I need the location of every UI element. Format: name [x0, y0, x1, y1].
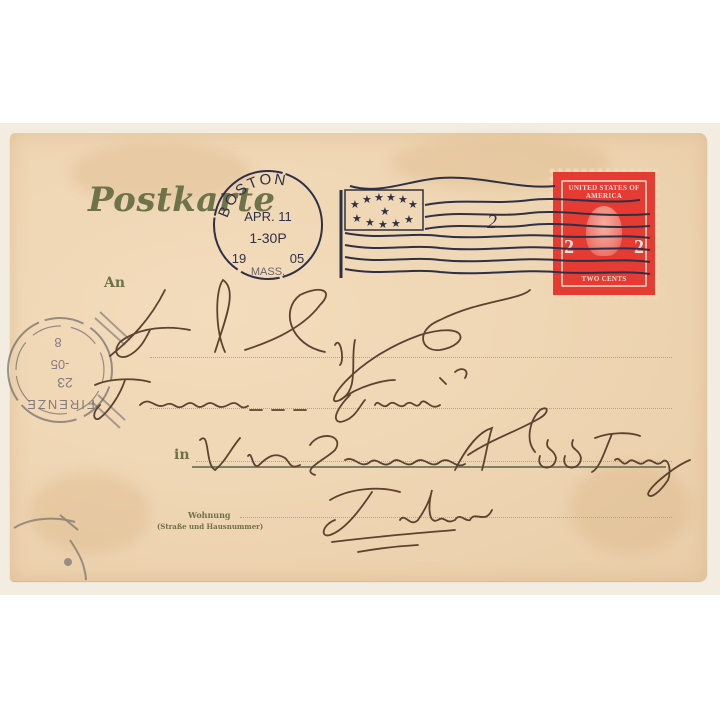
handwriting-layer	[0, 0, 720, 720]
